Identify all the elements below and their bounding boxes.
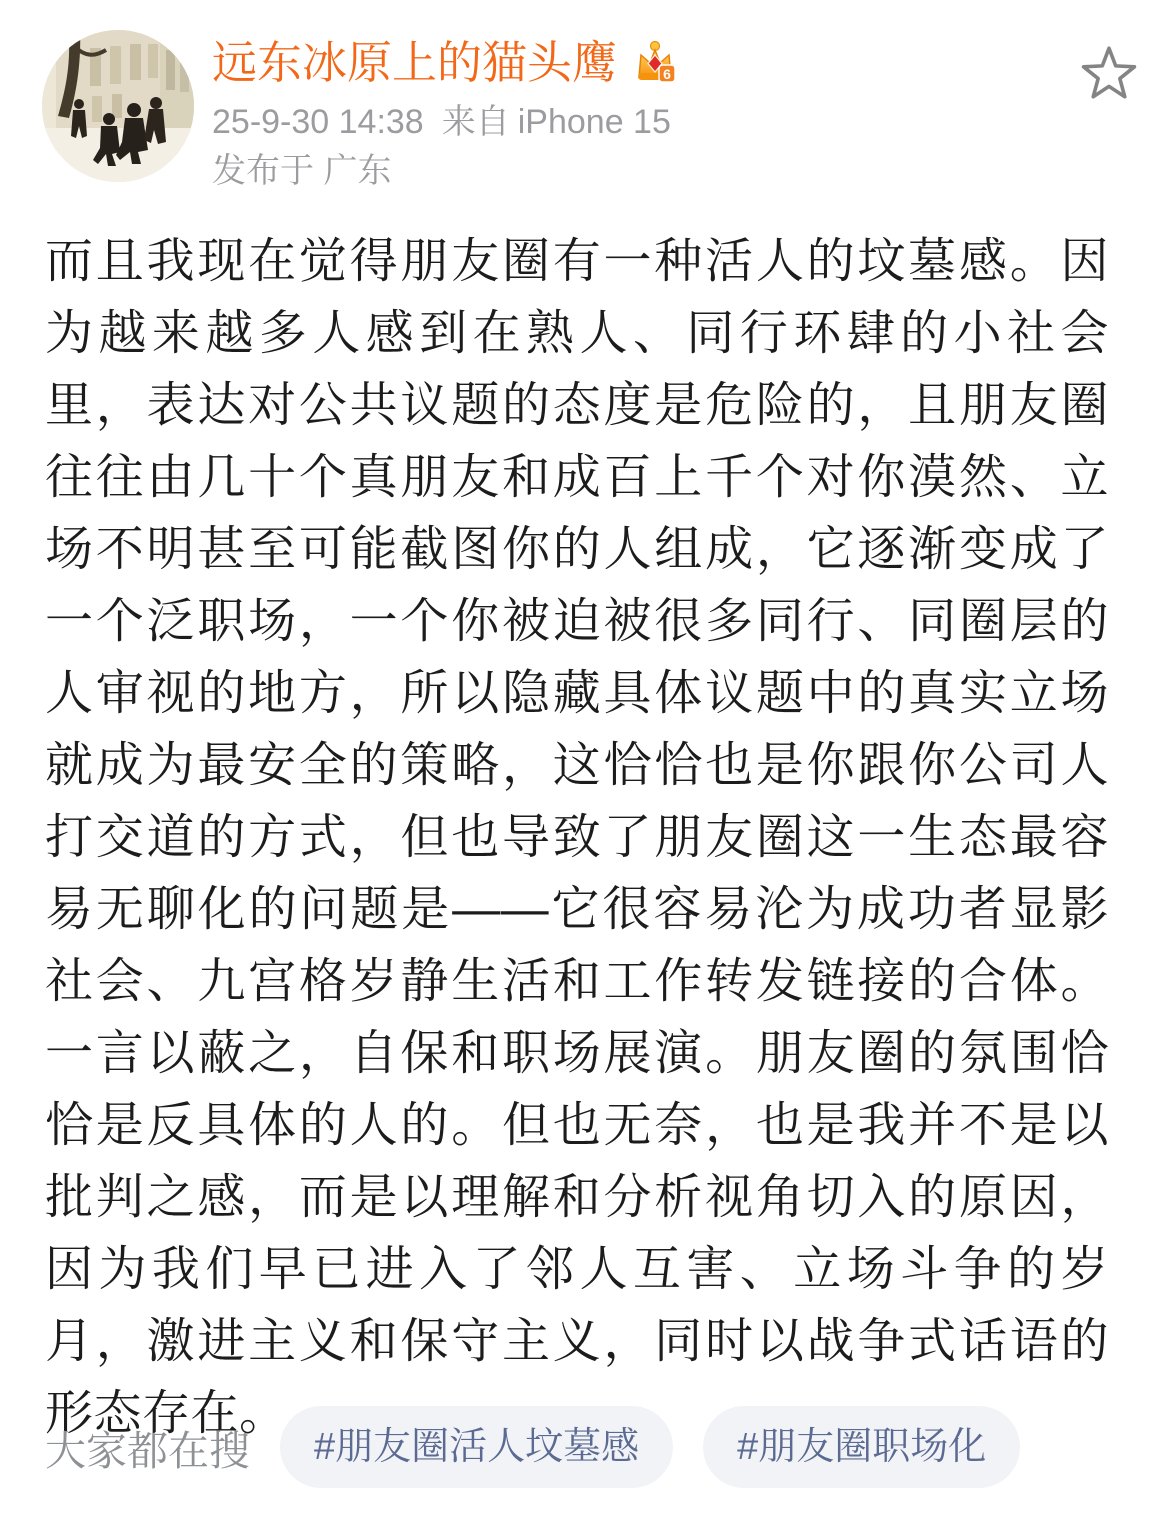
trending-search-row: 大家都在搜 #朋友圈活人坟墓感 #朋友圈职场化 <box>45 1406 1020 1488</box>
post-meta: 25-9-30 14:38来自iPhone 15 <box>212 105 679 139</box>
avatar-photo <box>42 30 194 182</box>
post-header: 远东冰原上的猫头鹰 6 <box>0 0 1170 188</box>
hashtag-pill-workplace[interactable]: #朋友圈职场化 <box>703 1406 1020 1488</box>
vip-level-number: 6 <box>663 66 671 82</box>
username[interactable]: 远东冰原上的猫头鹰 <box>212 36 617 90</box>
source-device[interactable]: iPhone 15 <box>518 103 671 141</box>
favorite-star-button[interactable] <box>1076 40 1142 106</box>
hashtag-pill-grave-feeling[interactable]: #朋友圈活人坟墓感 <box>280 1406 673 1488</box>
post-text: 而且我现在觉得朋友圈有一种活人的坟墓感。因为越来越多人感到在熟人、同行环肆的小社… <box>45 226 1109 1450</box>
star-icon <box>1076 40 1142 106</box>
post-location: 发布于 广东 <box>212 154 679 188</box>
vip-crown-badge-icon[interactable]: 6 <box>631 39 679 87</box>
timestamp: 25-9-30 14:38 <box>212 103 424 141</box>
trending-search-label: 大家都在搜 <box>45 1418 250 1477</box>
source-prefix: 来自 <box>442 103 510 141</box>
name-row: 远东冰原上的猫头鹰 6 <box>212 36 679 90</box>
avatar[interactable] <box>42 30 194 182</box>
header-info: 远东冰原上的猫头鹰 6 <box>212 30 679 188</box>
weibo-post-detail: 远东冰原上的猫头鹰 6 <box>0 0 1170 1520</box>
